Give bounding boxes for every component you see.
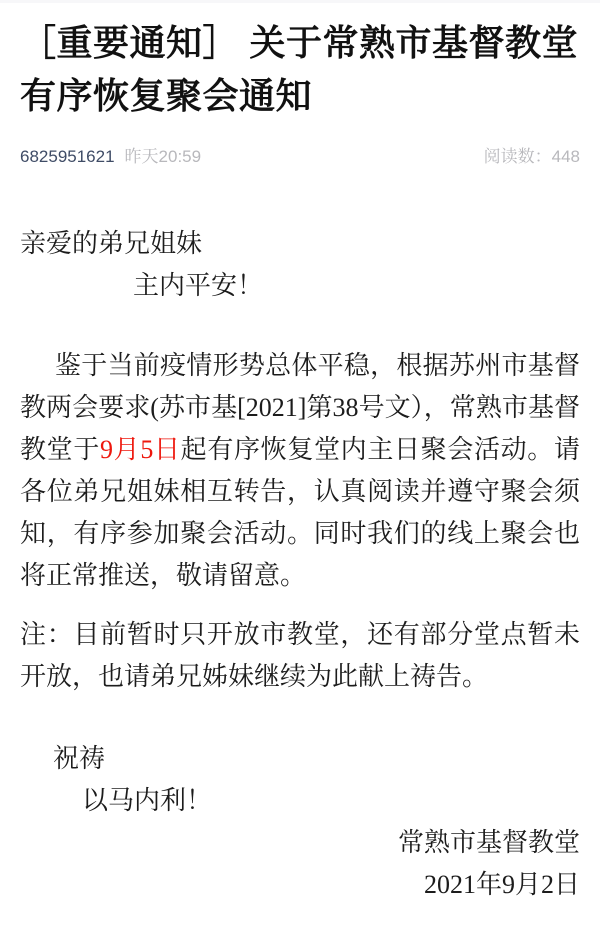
salute-line: 主内平安！ [20,265,580,307]
publish-time: 昨天20:59 [125,146,202,168]
article-meta-left: 6825951621 昨天20:59 [20,146,201,168]
date-line: 2021年9月2日 [20,864,580,906]
read-count: 阅读数：448 [484,146,580,168]
article-body: 亲爱的弟兄姐妹 主内平安！ 鉴于当前疫情形势总体平稳，根据苏州市基督教两会要求(… [20,223,580,906]
blessing-line: 祝祷 [20,738,580,780]
highlighted-date: 9月5日 [100,435,181,464]
top-divider [0,0,600,3]
note-paragraph: 注：目前暂时只开放市教堂，还有部分堂点暂未开放，也请弟兄姊妹继续为此献上祷告。 [20,614,580,698]
article-title-line2: 有序恢复聚会通知 [20,69,580,122]
article-title-line1: ［重要通知］ 关于常熟市基督教堂 [20,16,580,69]
article-meta-row: 6825951621 昨天20:59 阅读数：448 [20,146,580,168]
account-id-link[interactable]: 6825951621 [20,146,115,168]
signature-line: 常熟市基督教堂 [20,822,580,864]
closing-block: 祝祷 以马内利！ 常熟市基督教堂 2021年9月2日 [20,738,580,906]
greeting-line: 亲爱的弟兄姐妹 [20,223,580,265]
notice-article-page: ［重要通知］ 关于常熟市基督教堂 有序恢复聚会通知 6825951621 昨天2… [0,0,600,943]
immanuel-line: 以马内利！ [20,780,580,822]
main-paragraph: 鉴于当前疫情形势总体平稳，根据苏州市基督教两会要求(苏市基[2021]第38号文… [20,345,580,597]
greeting-paragraph: 亲爱的弟兄姐妹 主内平安！ [20,223,580,307]
article-title: ［重要通知］ 关于常熟市基督教堂 有序恢复聚会通知 [20,16,580,122]
